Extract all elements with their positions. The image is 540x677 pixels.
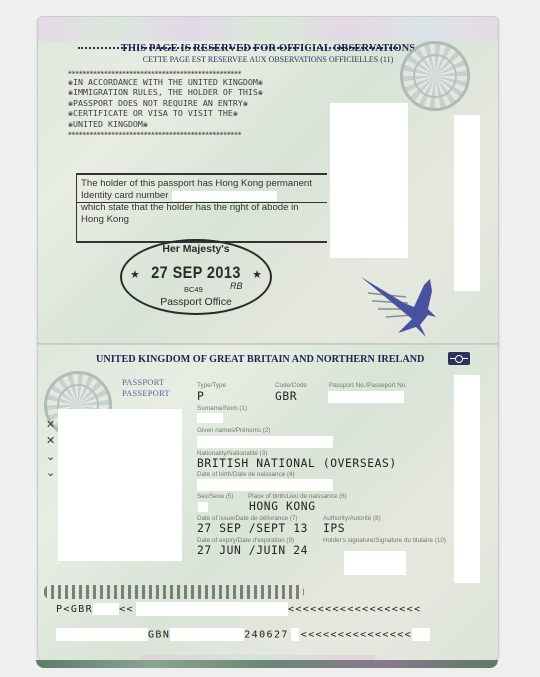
code-label: Code/Code [275, 382, 307, 389]
hk-line-4: Hong Kong [81, 214, 312, 226]
surname-label: Surname/Nom (1) [197, 405, 247, 412]
photo-redacted [58, 409, 182, 561]
mrz-redacted [93, 603, 119, 615]
hk-line-1: The holder of this passport has Hong Kon… [81, 178, 312, 190]
stamp-top-text: Her Majesty's [122, 243, 270, 255]
mrz-name-redacted [136, 602, 288, 616]
hk-line-2: Identity card number [81, 190, 168, 202]
mrz-line-1: P<GBR<<<<<<<<<<<<<<<<<<<< [56, 602, 422, 616]
biometric-chip-icon [448, 352, 470, 365]
dob-label: Date of birth/Date de naissance (4) [197, 471, 295, 478]
issue-date-label: Date of issue/Date de délivrance (7) [197, 515, 297, 522]
stamp-date: 27 SEP 2013 [133, 263, 259, 283]
mrz-line-2: GBN240627<<<<<<<<<<<<<<< [56, 628, 430, 641]
authority-value: IPS [323, 522, 345, 535]
sex-label: Sex/Sexe (5) [197, 493, 233, 500]
swallow-bird-icon [356, 267, 446, 337]
stamp-code: BC49 [184, 285, 203, 294]
surname-redacted [197, 413, 223, 423]
issue-date-value: 27 SEP /SEPT 13 [197, 522, 308, 535]
dob-redacted [197, 479, 333, 491]
type-label: Type/Type [197, 382, 226, 389]
place-of-birth-value: HONG KONG [249, 500, 316, 513]
rosette-emblem-icon [400, 41, 470, 111]
place-of-birth-label: Place of birth/Lieu de naissance (6) [248, 493, 347, 500]
mrz-expiry: 240627 [244, 630, 289, 641]
mrz-separator: << [119, 604, 134, 615]
endorsement-line: ❀UNITED KINGDOM❀ [68, 119, 263, 129]
expiry-date-label: Date of expiry/Date d'expiration (9) [197, 537, 294, 544]
redacted-id-number [172, 191, 277, 201]
mrz-prefix: P<GBR [56, 604, 93, 615]
cover-edge [36, 660, 498, 668]
expiry-date-value: 27 JUN /JUIN 24 [197, 544, 308, 557]
endorsement-line: ❀CERTIFICATE OR VISA TO VISIT THE❀ [68, 108, 263, 118]
stamp-bottom-text: Passport Office [122, 296, 270, 308]
redacted-block [454, 375, 480, 583]
mrz-nationality: GBN [148, 630, 170, 641]
endorsement-line: ❀IMMIGRATION RULES, THE HOLDER OF THIS❀ [68, 87, 263, 97]
signature-redacted [344, 551, 406, 575]
endorsement-line: ❀PASSPORT DOES NOT REQUIRE AN ENTRY❀ [68, 98, 263, 108]
observations-page: THIS PAGE IS RESERVED FOR OFFICIAL OBSER… [37, 16, 499, 344]
nationality-value: BRITISH NATIONAL (OVERSEAS) [197, 457, 397, 470]
mrz-redacted [170, 628, 244, 641]
authority-label: Authority/Autorité (8) [323, 515, 381, 522]
issuing-country: UNITED KINGDOM OF GREAT BRITAIN AND NORT… [96, 354, 424, 365]
endorsement-border-bottom: ❀❀❀❀❀❀❀❀❀❀❀❀❀❀❀❀❀❀❀❀❀❀❀❀❀❀❀❀❀❀❀❀❀❀❀❀❀❀❀❀… [68, 130, 333, 137]
mrz-filler: <<<<<<<<<<<<<<< [301, 630, 412, 641]
endorsement-border-top: ❀❀❀❀❀❀❀❀❀❀❀❀❀❀❀❀❀❀❀❀❀❀❀❀❀❀❀❀❀❀❀❀❀❀❀❀❀❀❀❀… [68, 69, 333, 76]
type-value: P [197, 390, 204, 403]
endorsement-line: ❀IN ACCORDANCE WITH THE UNITED KINGDOM❀ [68, 77, 263, 87]
passport-office-stamp: Her Majesty's ★ 27 SEP 2013 ★ BC49 RB Pa… [120, 239, 272, 315]
mrz-filler: <<<<<<<<<<<<<<<<<< [288, 604, 422, 615]
hk-residency-box: The holder of this passport has Hong Kon… [76, 173, 327, 243]
mrz-redacted [412, 628, 430, 641]
hologram-band [38, 17, 498, 41]
endorsement-text: ❀IN ACCORDANCE WITH THE UNITED KINGDOM❀❀… [68, 77, 263, 129]
sex-redacted [198, 502, 208, 512]
stamp-initials: RB [230, 281, 243, 291]
star-icon: ★ [252, 268, 262, 281]
nationality-label: Nationality/Nationalité (3) [197, 450, 267, 457]
mrz-redacted [291, 628, 299, 641]
passport-label-fr: PASSEPORT [122, 388, 170, 398]
mrz-redacted [56, 628, 148, 641]
passport-no-label: Passport No./Passeport No. [329, 382, 407, 389]
code-value: GBR [275, 390, 297, 403]
redacted-block [454, 115, 480, 291]
hk-line-3: which state that the holder has the righ… [81, 202, 312, 214]
given-names-redacted [197, 436, 333, 448]
swallows-decoration-icon: ✕✕⌄⌄ [46, 417, 55, 481]
redacted-block [330, 103, 408, 258]
wave-decoration [44, 585, 304, 599]
given-names-label: Given names/Prénoms (2) [197, 427, 271, 434]
signature-label: Holder's signature/Signature du titulair… [323, 537, 446, 544]
passport-label-en: PASSPORT [122, 377, 164, 387]
passport-no-redacted [328, 391, 404, 403]
data-page: UNITED KINGDOM OF GREAT BRITAIN AND NORT… [37, 344, 499, 662]
